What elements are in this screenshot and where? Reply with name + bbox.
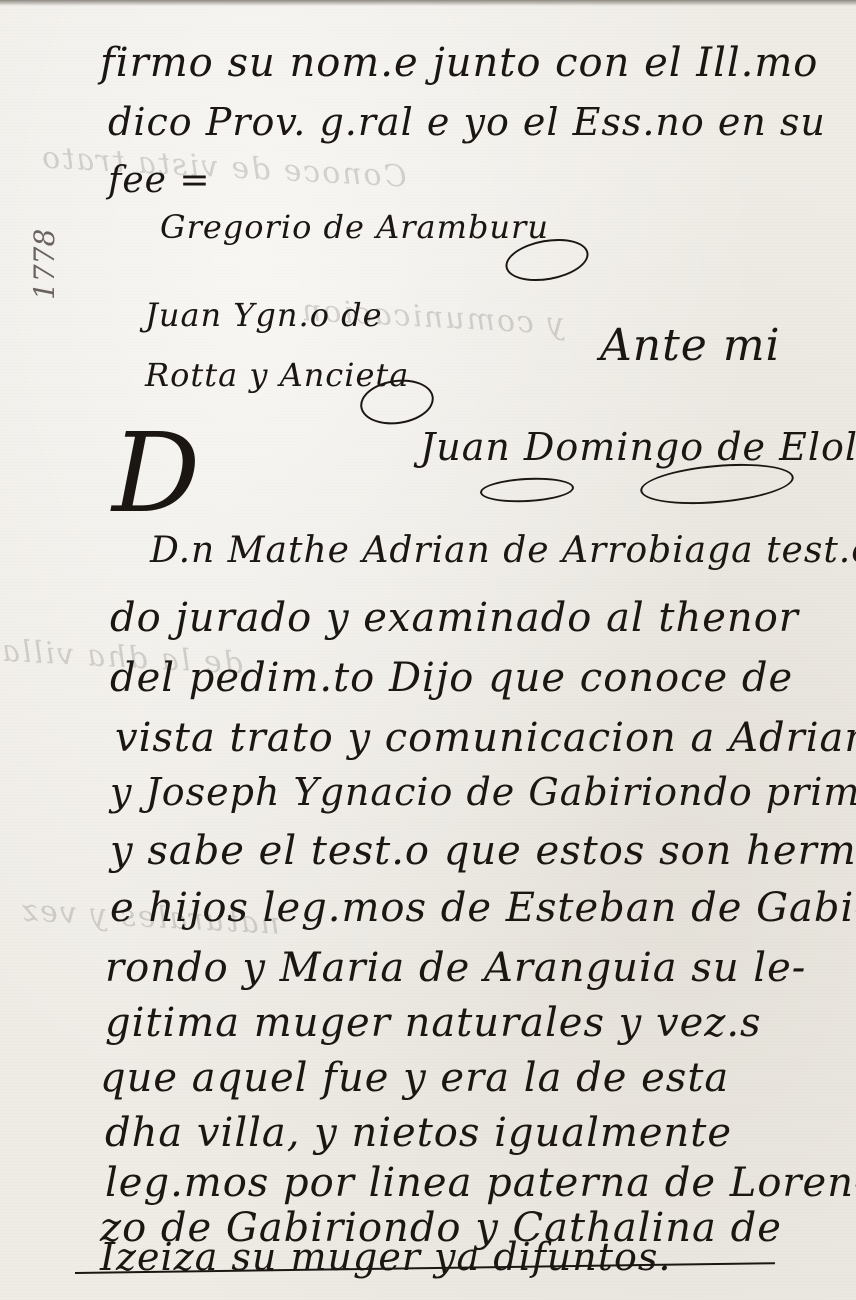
signature-elola: Juan Domingo de Elola	[420, 425, 856, 469]
body-line-12: leg.mos por linea paterna de Loren-	[105, 1160, 856, 1206]
page-top-edge	[0, 0, 856, 6]
decorated-initial: D	[112, 418, 200, 528]
opening-line-1: firmo su nom.e junto con el Ill.mo	[100, 40, 818, 86]
rubric-flourish	[479, 476, 574, 505]
manuscript-page: Conoce de vista trato y comunicacion de …	[0, 0, 856, 1300]
bleed-through-text: Conoce de vista trato	[39, 140, 407, 194]
opening-line-2: dico Prov. g.ral e yo el Ess.no en su	[108, 100, 826, 144]
margin-note: 1778	[28, 229, 61, 300]
signature-aramburu: Gregorio de Aramburu	[160, 208, 549, 246]
body-line-5: y Joseph Ygnacio de Gabiriondo primos	[110, 770, 856, 814]
body-line-11: dha villa, y nietos igualmente	[105, 1110, 732, 1156]
body-line-1: D.n Mathe Adrian de Arrobiaga test.o pre…	[150, 530, 856, 571]
body-line-8: rondo y Maria de Aranguia su le-	[105, 945, 806, 991]
body-line-3: del pedim.to Dijo que conoce de	[110, 655, 793, 701]
body-line-10: que aquel fue y era la de esta	[100, 1055, 729, 1101]
signature-ante-mi: Ante mi	[600, 320, 781, 371]
body-line-6: y sabe el test.o que estos son herm.s	[110, 828, 856, 874]
opening-line-3: fee =	[108, 160, 211, 201]
body-line-9: gitima muger naturales y vez.s	[105, 1000, 762, 1046]
body-line-7: e hijos leg.mos de Esteban de Gabi-	[110, 885, 856, 931]
body-line-2: do jurado y examinado al thenor	[110, 595, 799, 641]
body-line-4: vista trato y comunicacion a Adrian,	[115, 715, 856, 761]
